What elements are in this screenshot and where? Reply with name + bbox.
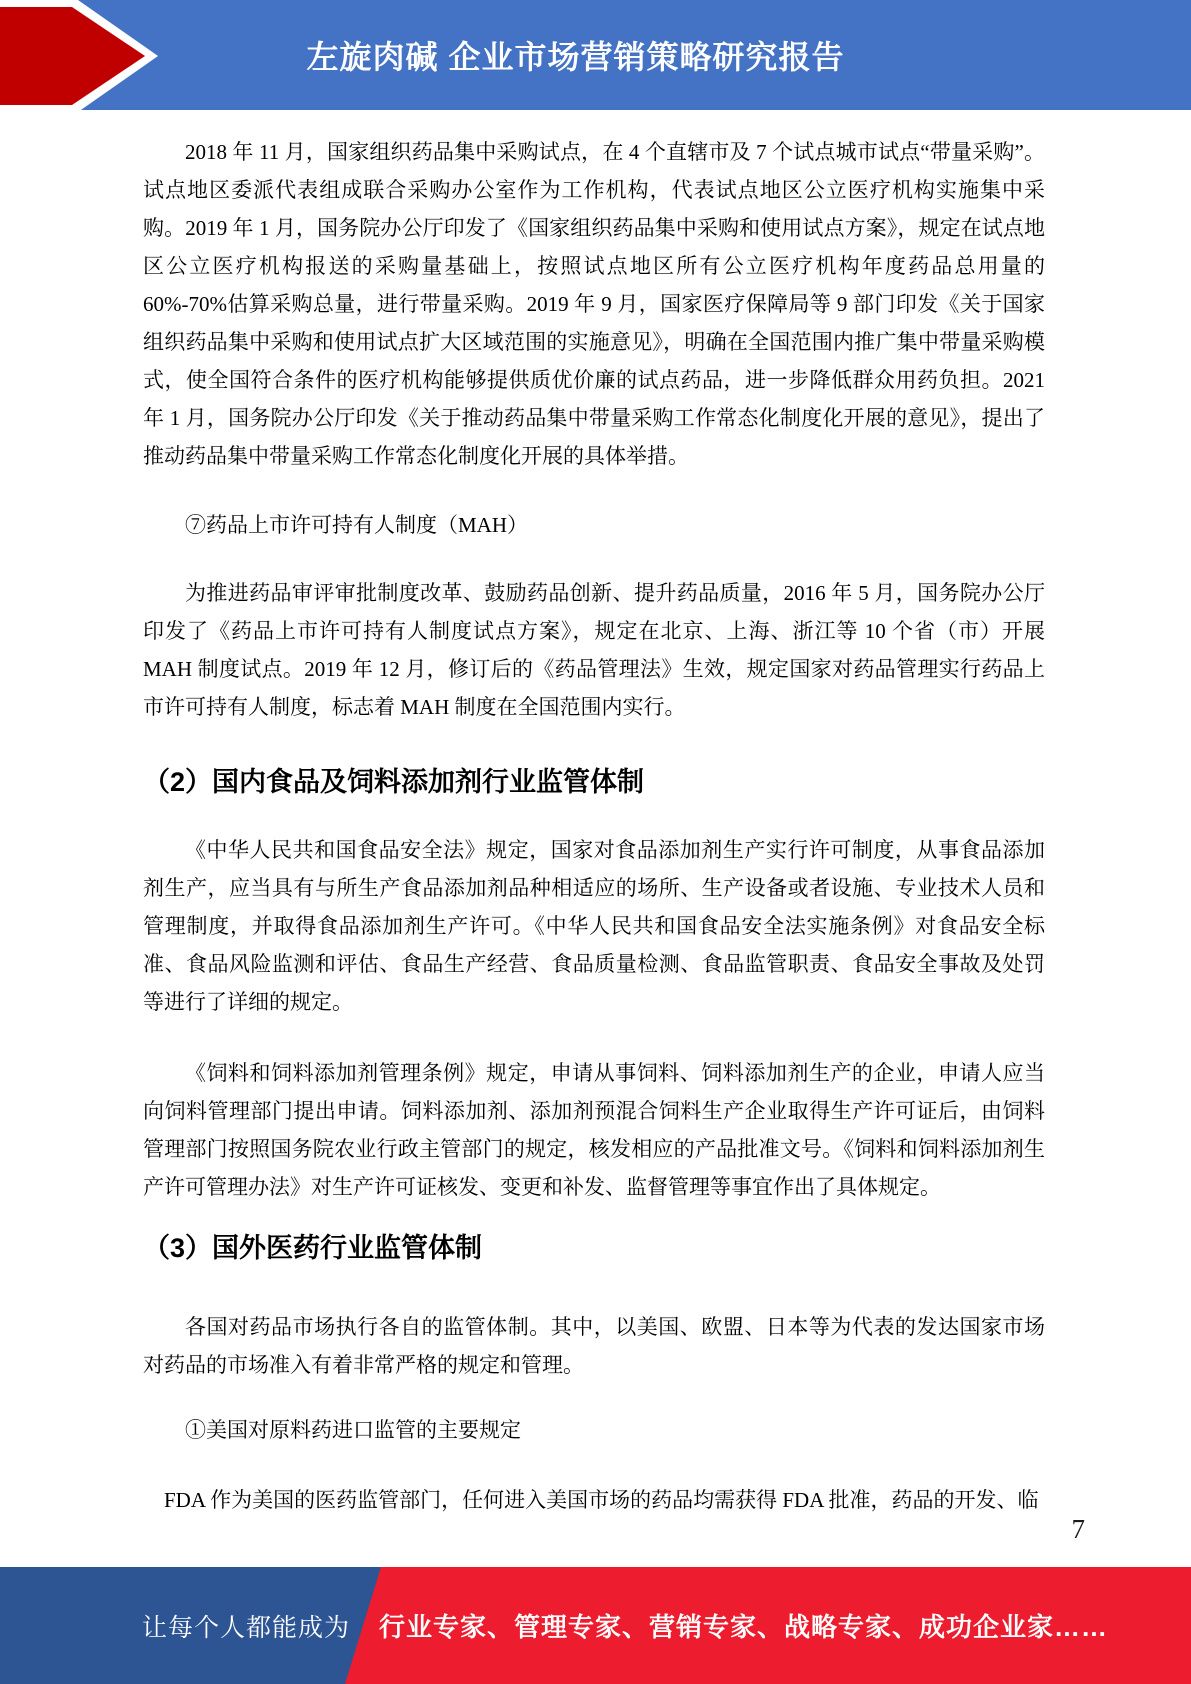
sub-item-us-api-import: ①美国对原料药进口监管的主要规定	[143, 1411, 1045, 1449]
document-body: 2018 年 11 月，国家组织药品集中采购试点，在 4 个直辖市及 7 个试点…	[143, 133, 1045, 1540]
paragraph-drug-procurement: 2018 年 11 月，国家组织药品集中采购试点，在 4 个直辖市及 7 个试点…	[143, 133, 1045, 475]
paragraph-feed-additive-regulation: 《饲料和饲料添加剂管理条例》规定，申请从事饲料、饲料添加剂生产的企业，申请人应当…	[143, 1054, 1045, 1206]
heading-food-feed-additive-regulation: （2）国内食品及饲料添加剂行业监管体制	[143, 762, 1045, 802]
paragraph-food-safety-law: 《中华人民共和国食品安全法》规定，国家对食品添加剂生产实行许可制度，从事食品添加…	[143, 831, 1045, 1021]
paragraph-mah-pilot: 为推进药品审评审批制度改革、鼓励药品创新、提升药品质量，2016 年 5 月，国…	[143, 574, 1045, 726]
footer-slogan-right: 行业专家、管理专家、营销专家、战略专家、成功企业家……	[379, 1567, 1108, 1684]
paragraph-foreign-markets: 各国对药品市场执行各自的监管体制。其中，以美国、欧盟、日本等为代表的发达国家市场…	[143, 1308, 1045, 1384]
paragraph-fda: FDA 作为美国的医药监管部门，任何进入美国市场的药品均需获得 FDA 批准，药…	[143, 1481, 1045, 1519]
heading-foreign-pharma-regulation: （3）国外医药行业监管体制	[143, 1228, 1045, 1268]
footer-band: 让每个人都能成为 行业专家、管理专家、营销专家、战略专家、成功企业家……	[0, 1567, 1191, 1684]
page-number: 7	[1072, 1512, 1086, 1546]
header-band: 左旋肉碱 企业市场营销策略研究报告	[0, 0, 1191, 110]
report-title: 左旋肉碱 企业市场营销策略研究报告	[0, 0, 1191, 110]
footer-slogan-left: 让每个人都能成为	[142, 1567, 350, 1684]
sub-item-mah-system: ⑦药品上市许可持有人制度（MAH）	[143, 506, 1045, 544]
